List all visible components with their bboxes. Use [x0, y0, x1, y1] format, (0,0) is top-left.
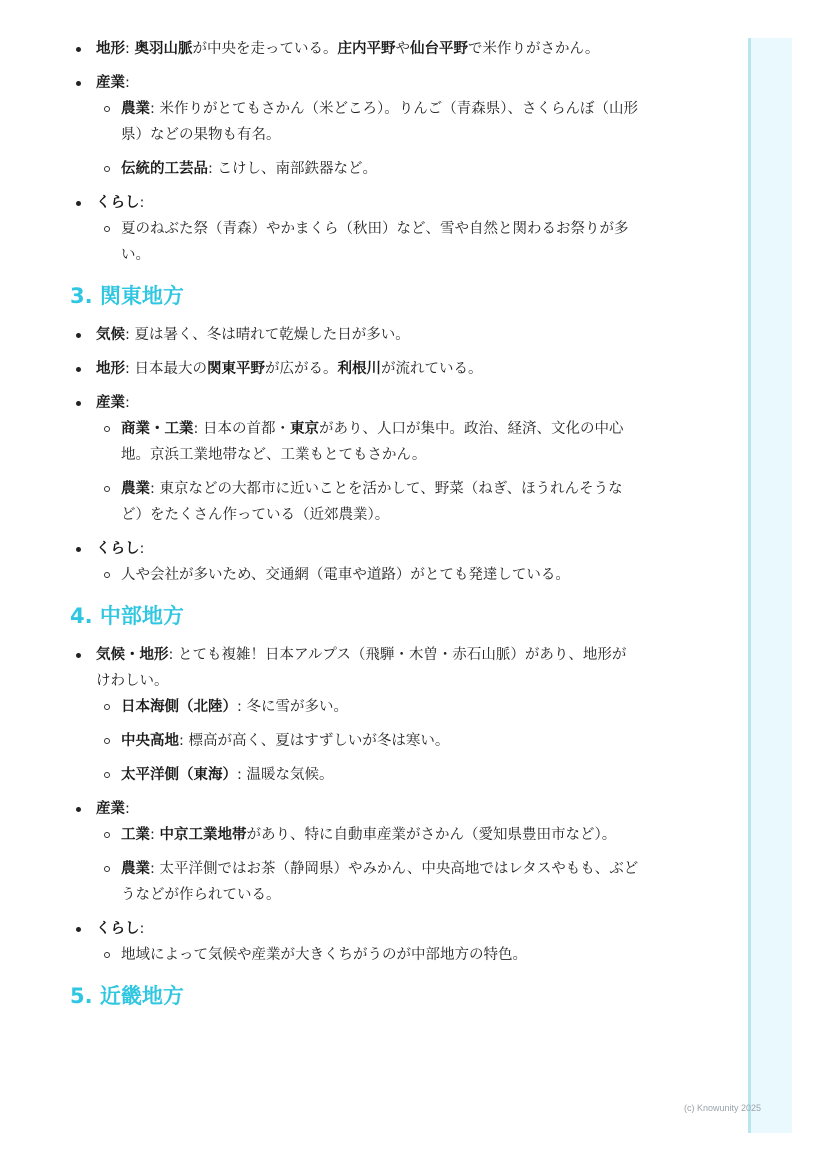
text: : 標高が高く、夏はすずしいが冬は寒い。 — [179, 733, 449, 749]
bold-term: 庄内平野 — [338, 41, 396, 57]
sub-list: 商業・工業: 日本の首都・東京があり、人口が集中。政治、経済、文化の中心地。京浜… — [96, 416, 640, 528]
list-item: 気候・地形: とても複雑！日本アルプス（飛騨・木曽・赤石山脈）があり、地形がけわ… — [70, 642, 640, 788]
text: が広がる。 — [265, 361, 338, 377]
sub-list-item: 伝統的工芸品: こけし、南部鉄器など。 — [96, 156, 640, 182]
sub-list-item: 日本海側（北陸）: 冬に雪が多い。 — [96, 694, 640, 720]
text: : — [140, 195, 145, 211]
tohoku-list: 地形: 奥羽山脈が中央を走っている。庄内平野や仙台平野で米作りがさかん。 産業:… — [70, 36, 640, 268]
item-label: 産業 — [96, 75, 125, 91]
text: : こけし、南部鉄器など。 — [208, 161, 377, 177]
text: で米作りがさかん。 — [468, 41, 599, 57]
sub-list-item: 農業: 米作りがとてもさかん（米どころ）。りんご（青森県）、さくらんぼ（山形県）… — [96, 96, 640, 148]
item-label: 農業 — [121, 481, 150, 497]
text: 夏のねぶた祭（青森）やかまくら（秋田）など、雪や自然と関わるお祭りが多い。 — [121, 221, 629, 263]
sub-list-item: 農業: 太平洋側ではお茶（静岡県）やみかん、中央高地ではレタスやもも、ぶどうなど… — [96, 856, 640, 908]
item-label: 気候・地形 — [96, 647, 169, 663]
text: : — [125, 75, 130, 91]
text: : — [140, 921, 145, 937]
bold-term: 東京 — [290, 421, 319, 437]
list-item: 地形: 奥羽山脈が中央を走っている。庄内平野や仙台平野で米作りがさかん。 — [70, 36, 640, 62]
sub-list-item: 工業: 中京工業地帯があり、特に自動車産業がさかん（愛知県豊田市など）。 — [96, 822, 640, 848]
section-heading-kanto: 3. 関東地方 — [70, 282, 640, 310]
item-label: 工業 — [121, 827, 150, 843]
list-item: くらし: 地域によって気候や産業が大きくちがうのが中部地方の特色。 — [70, 916, 640, 968]
text: 人や会社が多いため、交通網（電車や道路）がとても発達している。 — [121, 567, 570, 583]
sub-list: 工業: 中京工業地帯があり、特に自動車産業がさかん（愛知県豊田市など）。 農業:… — [96, 822, 640, 908]
bold-term: 中京工業地帯 — [160, 827, 247, 843]
item-label: 地形 — [96, 361, 125, 377]
item-label: 産業 — [96, 395, 125, 411]
text: があり、特に自動車産業がさかん（愛知県豊田市など）。 — [247, 827, 617, 843]
sub-list: 夏のねぶた祭（青森）やかまくら（秋田）など、雪や自然と関わるお祭りが多い。 — [96, 216, 640, 268]
copyright-footer: (c) Knowunity 2025 — [684, 1103, 761, 1113]
text: : 夏は暑く、冬は晴れて乾燥した日が多い。 — [125, 327, 410, 343]
text: や — [396, 41, 411, 57]
text: が流れている。 — [381, 361, 483, 377]
text: : 冬に雪が多い。 — [237, 699, 348, 715]
text: : とても複雑！日本アルプス（飛騨・木曽・赤石山脈）があり、地形がけわしい。 — [96, 647, 626, 689]
item-label: くらし — [96, 541, 140, 557]
item-label: 伝統的工芸品 — [121, 161, 208, 177]
item-label: 産業 — [96, 801, 125, 817]
text: : — [140, 541, 145, 557]
sub-list-item: 夏のねぶた祭（青森）やかまくら（秋田）など、雪や自然と関わるお祭りが多い。 — [96, 216, 640, 268]
list-item: 産業: 農業: 米作りがとてもさかん（米どころ）。りんご（青森県）、さくらんぼ（… — [70, 70, 640, 182]
text: : 太平洋側ではお茶（静岡県）やみかん、中央高地ではレタスやもも、ぶどうなどが作… — [121, 861, 638, 903]
text: が中央を走っている。 — [193, 41, 338, 57]
item-label: 気候 — [96, 327, 125, 343]
sub-list: 地域によって気候や産業が大きくちがうのが中部地方の特色。 — [96, 942, 640, 968]
item-label: 日本海側（北陸） — [121, 699, 237, 715]
text: : — [125, 395, 130, 411]
list-item: 産業: 商業・工業: 日本の首都・東京があり、人口が集中。政治、経済、文化の中心… — [70, 390, 640, 528]
text: 地域によって気候や産業が大きくちがうのが中部地方の特色。 — [121, 947, 527, 963]
sub-list-item: 太平洋側（東海）: 温暖な気候。 — [96, 762, 640, 788]
item-label: くらし — [96, 195, 140, 211]
item-label: 農業 — [121, 861, 150, 877]
sub-list: 日本海側（北陸）: 冬に雪が多い。 中央高地: 標高が高く、夏はすずしいが冬は寒… — [96, 694, 640, 788]
text: : — [150, 827, 160, 843]
text: : — [125, 801, 130, 817]
section-heading-chubu: 4. 中部地方 — [70, 602, 640, 630]
text: : 米作りがとてもさかん（米どころ）。りんご（青森県）、さくらんぼ（山形県）など… — [121, 101, 638, 143]
list-item: 気候: 夏は暑く、冬は晴れて乾燥した日が多い。 — [70, 322, 640, 348]
sub-list-item: 人や会社が多いため、交通網（電車や道路）がとても発達している。 — [96, 562, 640, 588]
item-label: 中央高地 — [121, 733, 179, 749]
side-panel — [748, 38, 792, 1133]
chubu-list: 気候・地形: とても複雑！日本アルプス（飛騨・木曽・赤石山脈）があり、地形がけわ… — [70, 642, 640, 968]
bold-term: 関東平野 — [207, 361, 265, 377]
sub-list-item: 農業: 東京などの大都市に近いことを活かして、野菜（ねぎ、ほうれんそうなど）をた… — [96, 476, 640, 528]
item-label: 商業・工業 — [121, 421, 194, 437]
text: : 温暖な気候。 — [237, 767, 334, 783]
sub-list-item: 中央高地: 標高が高く、夏はすずしいが冬は寒い。 — [96, 728, 640, 754]
item-label: くらし — [96, 921, 140, 937]
section-heading-kinki: 5. 近畿地方 — [70, 982, 640, 1010]
item-label: 太平洋側（東海） — [121, 767, 237, 783]
sub-list-item: 商業・工業: 日本の首都・東京があり、人口が集中。政治、経済、文化の中心地。京浜… — [96, 416, 640, 468]
item-label: 農業 — [121, 101, 150, 117]
kanto-list: 気候: 夏は暑く、冬は晴れて乾燥した日が多い。 地形: 日本最大の関東平野が広が… — [70, 322, 640, 588]
list-item: くらし: 夏のねぶた祭（青森）やかまくら（秋田）など、雪や自然と関わるお祭りが多… — [70, 190, 640, 268]
bold-term: 利根川 — [338, 361, 382, 377]
sub-list: 人や会社が多いため、交通網（電車や道路）がとても発達している。 — [96, 562, 640, 588]
document-content: 地形: 奥羽山脈が中央を走っている。庄内平野や仙台平野で米作りがさかん。 産業:… — [70, 36, 640, 1022]
item-label: 地形 — [96, 41, 125, 57]
text: : — [125, 41, 135, 57]
sub-list-item: 地域によって気候や産業が大きくちがうのが中部地方の特色。 — [96, 942, 640, 968]
text: : 日本の首都・ — [194, 421, 291, 437]
sub-list: 農業: 米作りがとてもさかん（米どころ）。りんご（青森県）、さくらんぼ（山形県）… — [96, 96, 640, 182]
list-item: 産業: 工業: 中京工業地帯があり、特に自動車産業がさかん（愛知県豊田市など）。… — [70, 796, 640, 908]
bold-term: 奥羽山脈 — [135, 41, 193, 57]
text: : 東京などの大都市に近いことを活かして、野菜（ねぎ、ほうれんそうなど）をたくさ… — [121, 481, 623, 523]
list-item: 地形: 日本最大の関東平野が広がる。利根川が流れている。 — [70, 356, 640, 382]
text: : 日本最大の — [125, 361, 207, 377]
bold-term: 仙台平野 — [410, 41, 468, 57]
list-item: くらし: 人や会社が多いため、交通網（電車や道路）がとても発達している。 — [70, 536, 640, 588]
